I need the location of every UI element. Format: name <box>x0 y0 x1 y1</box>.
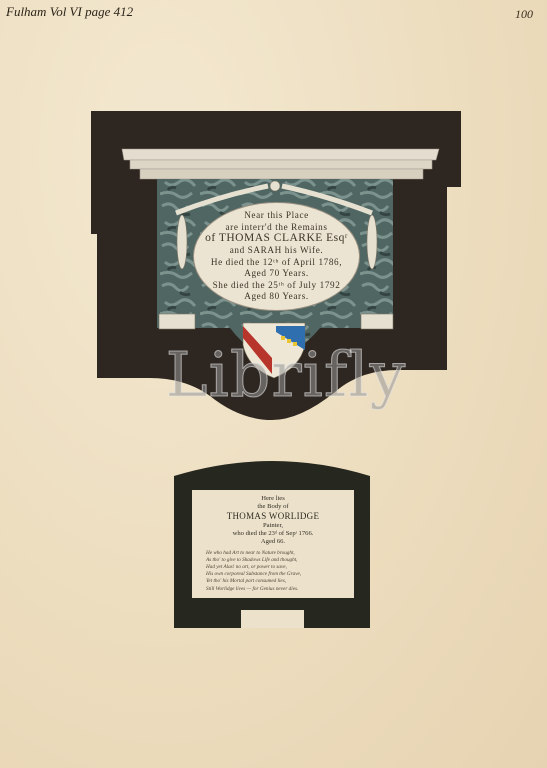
inscription-line: Painter, <box>192 522 354 530</box>
inscription-line: who died the 23ᵈ of Sepᵗ 1766. <box>192 530 354 538</box>
watermark: Librifly <box>166 338 407 411</box>
inscription-name: THOMAS WORLIDGE <box>192 511 354 522</box>
inscription-line: Aged 66. <box>192 538 354 546</box>
verse-line: He who had Art to near to Nature brought… <box>192 550 354 557</box>
inscription-line: the Body of <box>192 503 354 511</box>
verse-line: His own corporeal Substance from the Gra… <box>192 571 354 578</box>
inscription-line: Here lies <box>192 495 354 503</box>
verse-line: As tho' to give to Shadows Life and thou… <box>192 557 354 564</box>
verse-line: Still Worlidge lives — for Genius never … <box>192 586 354 593</box>
verse-line: Yet tho' his Mortal part consumed lies, <box>192 578 354 585</box>
worlidge-inscription: Here lies the Body of THOMAS WORLIDGE Pa… <box>192 490 354 598</box>
